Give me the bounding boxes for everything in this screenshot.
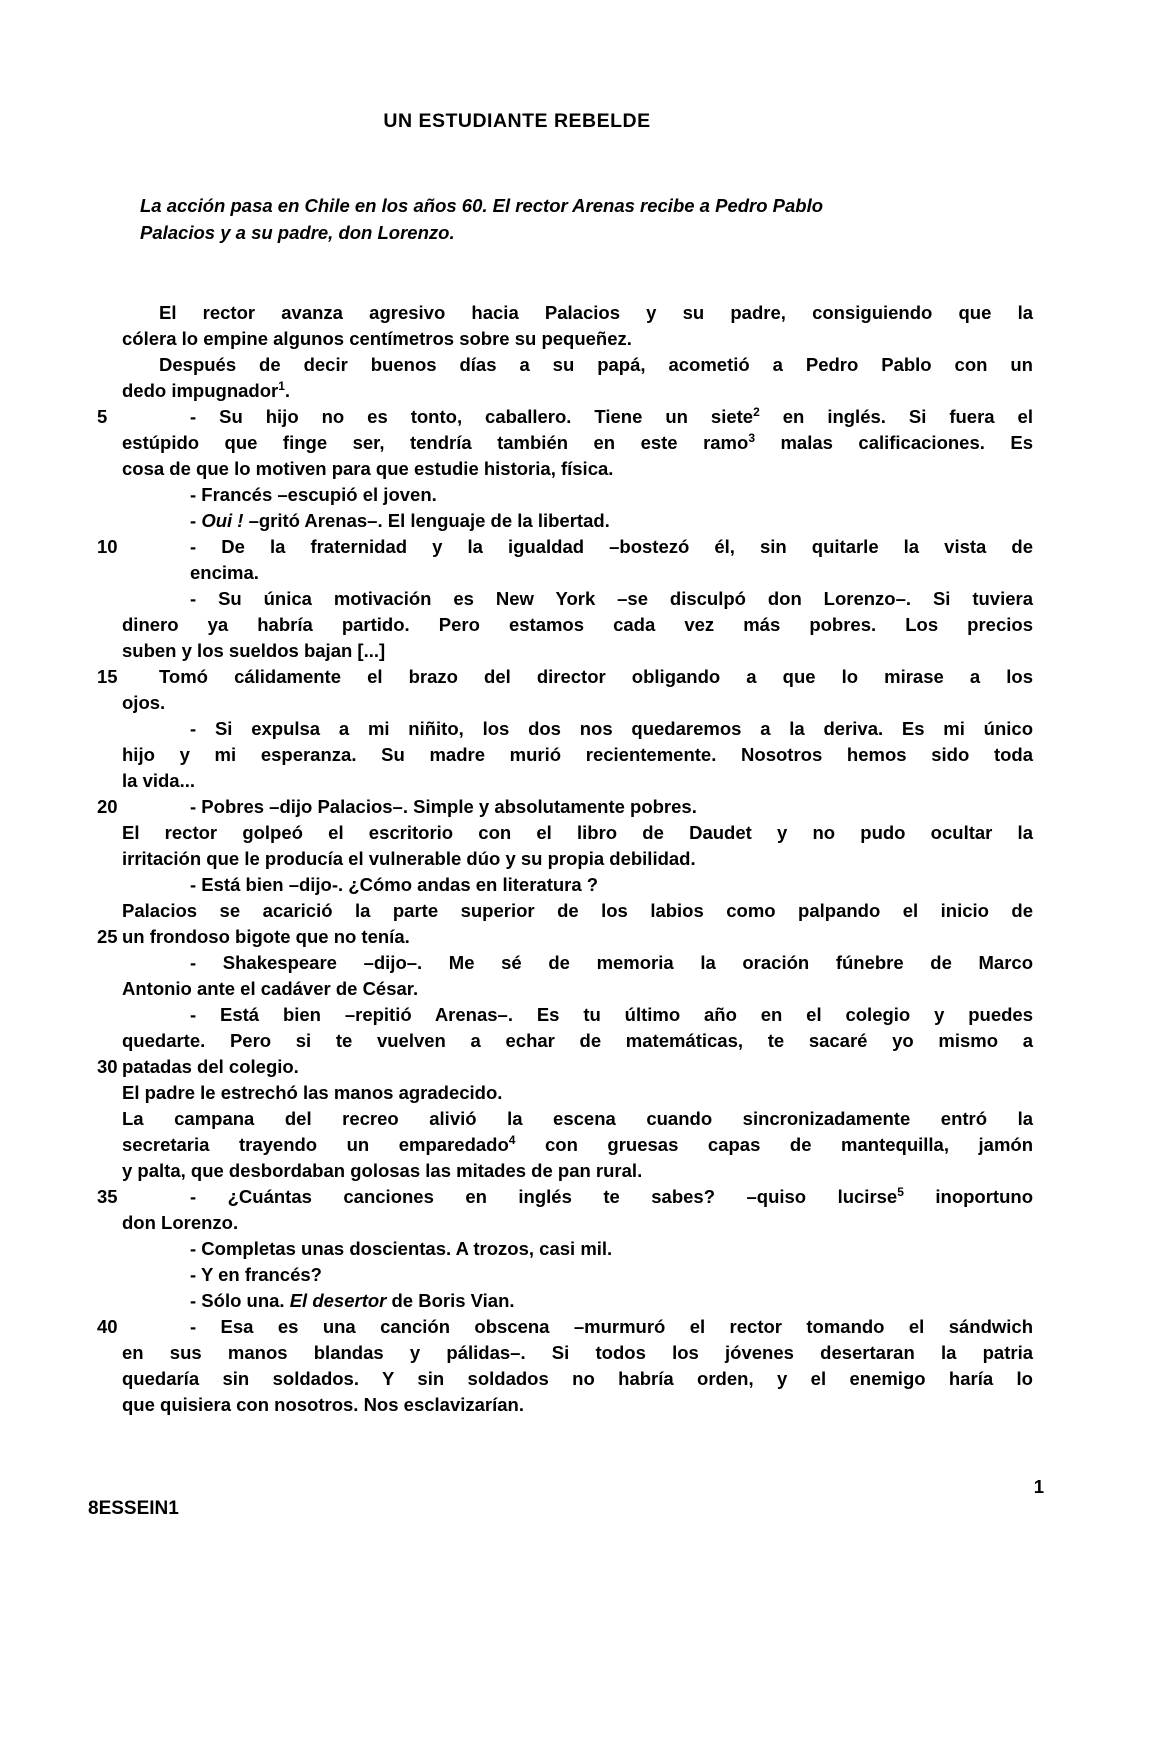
- text-line: en sus manos blandas y pálidas–. Si todo…: [97, 1340, 1033, 1366]
- text-segment: un frondoso bigote que no tenía.: [122, 926, 410, 947]
- footnote-reference: 2: [753, 405, 760, 419]
- text-line: secretaria trayendo un emparedado4 con g…: [97, 1132, 1033, 1158]
- text-segment: El desertor: [290, 1290, 387, 1311]
- text-line: - Su única motivación es New York –se di…: [97, 586, 1033, 612]
- text-line: quedaría sin soldados. Y sin soldados no…: [97, 1366, 1033, 1392]
- text-segment: malas calificaciones. Es: [755, 432, 1033, 453]
- text-line: ojos.: [97, 690, 1033, 716]
- text-segment: - Francés –escupió el joven.: [190, 484, 437, 505]
- line-number: 5: [97, 404, 107, 430]
- text-line: quedarte. Pero si te vuelven a echar de …: [97, 1028, 1033, 1054]
- text-line: El padre le estrechó las manos agradecid…: [97, 1080, 1033, 1106]
- text-segment: - Pobres –dijo Palacios–. Simple y absol…: [190, 796, 697, 817]
- line-number: 30: [97, 1054, 118, 1080]
- text-line-content: - De la fraternidad y la igualdad –boste…: [122, 534, 1033, 560]
- text-segment: dinero ya habría partido. Pero estamos c…: [122, 614, 1033, 635]
- text-segment: Tomó cálidamente el brazo del director o…: [159, 666, 1033, 687]
- text-line-content: - Completas unas doscientas. A trozos, c…: [122, 1236, 1033, 1262]
- text-segment: .: [285, 380, 290, 401]
- text-line-content: que quisiera con nosotros. Nos esclaviza…: [122, 1392, 1033, 1418]
- text-line-content: - Está bien –dijo-. ¿Cómo andas en liter…: [122, 872, 1033, 898]
- text-line: cólera lo empine algunos centímetros sob…: [97, 326, 1033, 352]
- text-line-content: patadas del colegio.: [122, 1054, 1033, 1080]
- footnote-reference: 1: [278, 379, 285, 393]
- text-line: encima.: [97, 560, 1033, 586]
- text-line: - Francés –escupió el joven.: [97, 482, 1033, 508]
- text-segment: El padre le estrechó las manos agradecid…: [122, 1082, 502, 1103]
- text-segment: cólera lo empine algunos centímetros sob…: [122, 328, 632, 349]
- text-line: 30patadas del colegio.: [97, 1054, 1033, 1080]
- text-line-content: quedarte. Pero si te vuelven a echar de …: [122, 1028, 1033, 1054]
- text-segment: - De la fraternidad y la igualdad –boste…: [190, 536, 1033, 557]
- text-line-content: El rector golpeó el escritorio con el li…: [122, 820, 1033, 846]
- text-segment: patadas del colegio.: [122, 1056, 299, 1077]
- text-line-content: cosa de que lo motiven para que estudie …: [122, 456, 1033, 482]
- text-line: dinero ya habría partido. Pero estamos c…: [97, 612, 1033, 638]
- text-line: - Completas unas doscientas. A trozos, c…: [97, 1236, 1033, 1262]
- text-line: que quisiera con nosotros. Nos esclaviza…: [97, 1392, 1033, 1418]
- text-line-content: irritación que le producía el vulnerable…: [122, 846, 1033, 872]
- text-line: don Lorenzo.: [97, 1210, 1033, 1236]
- text-line: La campana del recreo alivió la escena c…: [97, 1106, 1033, 1132]
- text-line: 20- Pobres –dijo Palacios–. Simple y abs…: [97, 794, 1033, 820]
- text-segment: - ¿Cuántas canciones en inglés te sabes?…: [190, 1186, 897, 1207]
- text-line: - Está bien –dijo-. ¿Cómo andas en liter…: [97, 872, 1033, 898]
- footer-document-code: 8ESSEIN1: [88, 1498, 179, 1520]
- text-line: - Si expulsa a mi niñito, los dos nos qu…: [97, 716, 1033, 742]
- page-number: 1: [1004, 1476, 1044, 1498]
- text-line-content: en sus manos blandas y pálidas–. Si todo…: [122, 1340, 1033, 1366]
- text-line: estúpido que finge ser, tendría también …: [97, 430, 1033, 456]
- text-line-content: la vida...: [122, 768, 1033, 794]
- text-segment: - Está bien –repitió Arenas–. Es tu últi…: [190, 1004, 1033, 1025]
- footnote-reference: 5: [897, 1185, 904, 1199]
- text-line-content: - Shakespeare –dijo–. Me sé de memoria l…: [122, 950, 1033, 976]
- line-number: 25: [97, 924, 118, 950]
- text-line-content: - ¿Cuántas canciones en inglés te sabes?…: [122, 1184, 1033, 1212]
- text-segment: en sus manos blandas y pálidas–. Si todo…: [122, 1342, 1033, 1363]
- body-text: El rector avanza agresivo hacia Palacios…: [97, 300, 1033, 1418]
- text-segment: Oui !: [201, 510, 243, 531]
- text-line-content: don Lorenzo.: [122, 1210, 1033, 1236]
- text-line-content: La campana del recreo alivió la escena c…: [122, 1106, 1033, 1132]
- text-line-content: encima.: [122, 560, 1033, 586]
- text-segment: - Sólo una.: [190, 1290, 290, 1311]
- line-number: 10: [97, 534, 118, 560]
- text-line: hijo y mi esperanza. Su madre murió reci…: [97, 742, 1033, 768]
- text-segment: - Esa es una canción obscena –murmuró el…: [190, 1316, 1033, 1337]
- text-line-content: - Su hijo no es tonto, caballero. Tiene …: [122, 404, 1033, 432]
- text-segment: –gritó Arenas–. El lenguaje de la libert…: [243, 510, 609, 531]
- text-line-content: - Si expulsa a mi niñito, los dos nos qu…: [122, 716, 1033, 742]
- text-line: 10- De la fraternidad y la igualdad –bos…: [97, 534, 1033, 560]
- text-segment: - Shakespeare –dijo–. Me sé de memoria l…: [190, 952, 1033, 973]
- text-line: 25un frondoso bigote que no tenía.: [97, 924, 1033, 950]
- text-segment: secretaria trayendo un emparedado: [122, 1134, 509, 1155]
- text-line-content: dinero ya habría partido. Pero estamos c…: [122, 612, 1033, 638]
- text-line: 40- Esa es una canción obscena –murmuró …: [97, 1314, 1033, 1340]
- text-line-content: cólera lo empine algunos centímetros sob…: [122, 326, 1033, 352]
- text-segment: hijo y mi esperanza. Su madre murió reci…: [122, 744, 1033, 765]
- text-line: - Y en francés?: [97, 1262, 1033, 1288]
- text-line-content: Después de decir buenos días a su papá, …: [122, 352, 1033, 378]
- text-line-content: suben y los sueldos bajan [...]: [122, 638, 1033, 664]
- text-line: cosa de que lo motiven para que estudie …: [97, 456, 1033, 482]
- text-segment: quedaría sin soldados. Y sin soldados no…: [122, 1368, 1033, 1389]
- text-line: - Oui ! –gritó Arenas–. El lenguaje de l…: [97, 508, 1033, 534]
- text-segment: inoportuno: [904, 1186, 1033, 1207]
- text-segment: dedo impugnador: [122, 380, 278, 401]
- text-segment: - Su hijo no es tonto, caballero. Tiene …: [190, 406, 753, 427]
- text-segment: ojos.: [122, 692, 165, 713]
- text-line-content: Tomó cálidamente el brazo del director o…: [122, 664, 1033, 690]
- text-segment: El rector avanza agresivo hacia Palacios…: [159, 302, 1033, 323]
- footnote-reference: 3: [748, 431, 755, 445]
- text-line-content: El rector avanza agresivo hacia Palacios…: [122, 300, 1033, 326]
- text-line-content: El padre le estrechó las manos agradecid…: [122, 1080, 1033, 1106]
- document-page: UN ESTUDIANTE REBELDE La acción pasa en …: [0, 0, 1149, 1757]
- text-line-content: Palacios se acarició la parte superior d…: [122, 898, 1033, 924]
- text-segment: - Está bien –dijo-. ¿Cómo andas en liter…: [190, 874, 598, 895]
- text-segment: - Su única motivación es New York –se di…: [190, 588, 1033, 609]
- footnote-reference: 4: [509, 1133, 516, 1147]
- text-line-content: - Francés –escupió el joven.: [122, 482, 1033, 508]
- text-line-content: hijo y mi esperanza. Su madre murió reci…: [122, 742, 1033, 768]
- text-segment: La campana del recreo alivió la escena c…: [122, 1108, 1033, 1129]
- text-line: Después de decir buenos días a su papá, …: [97, 352, 1033, 378]
- text-line-content: dedo impugnador1.: [122, 378, 1033, 406]
- text-line-content: un frondoso bigote que no tenía.: [122, 924, 1033, 950]
- text-segment: -: [190, 510, 201, 531]
- text-line: El rector golpeó el escritorio con el li…: [97, 820, 1033, 846]
- text-line-content: quedaría sin soldados. Y sin soldados no…: [122, 1366, 1033, 1392]
- text-segment: cosa de que lo motiven para que estudie …: [122, 458, 613, 479]
- line-number: 20: [97, 794, 118, 820]
- page-title: UN ESTUDIANTE REBELDE: [122, 110, 912, 133]
- text-segment: encima.: [190, 562, 259, 583]
- line-number: 15: [97, 664, 118, 690]
- intro-note: La acción pasa en Chile en los años 60. …: [140, 192, 960, 246]
- text-line: dedo impugnador1.: [97, 378, 1033, 404]
- text-line: Palacios se acarició la parte superior d…: [97, 898, 1033, 924]
- text-segment: Después de decir buenos días a su papá, …: [159, 354, 1033, 375]
- text-segment: con gruesas capas de mantequilla, jamón: [515, 1134, 1033, 1155]
- text-line: - Está bien –repitió Arenas–. Es tu últi…: [97, 1002, 1033, 1028]
- text-line: la vida...: [97, 768, 1033, 794]
- text-segment: - Completas unas doscientas. A trozos, c…: [190, 1238, 612, 1259]
- text-line-content: - Sólo una. El desertor de Boris Vian.: [122, 1288, 1033, 1314]
- text-segment: irritación que le producía el vulnerable…: [122, 848, 696, 869]
- text-line: y palta, que desbordaban golosas las mit…: [97, 1158, 1033, 1184]
- text-line-content: Antonio ante el cadáver de César.: [122, 976, 1033, 1002]
- line-number: 35: [97, 1184, 118, 1210]
- text-line: irritación que le producía el vulnerable…: [97, 846, 1033, 872]
- text-segment: Antonio ante el cadáver de César.: [122, 978, 418, 999]
- text-segment: que quisiera con nosotros. Nos esclaviza…: [122, 1394, 524, 1415]
- text-line: - Sólo una. El desertor de Boris Vian.: [97, 1288, 1033, 1314]
- text-line-content: - Esa es una canción obscena –murmuró el…: [122, 1314, 1033, 1340]
- text-line: 15Tomó cálidamente el brazo del director…: [97, 664, 1033, 690]
- text-line-content: - Pobres –dijo Palacios–. Simple y absol…: [122, 794, 1033, 820]
- intro-line: La acción pasa en Chile en los años 60. …: [140, 192, 960, 219]
- text-segment: en inglés. Si fuera el: [760, 406, 1033, 427]
- intro-line: Palacios y a su padre, don Lorenzo.: [140, 219, 960, 246]
- text-segment: don Lorenzo.: [122, 1212, 238, 1233]
- text-line-content: y palta, que desbordaban golosas las mit…: [122, 1158, 1033, 1184]
- text-line: - Shakespeare –dijo–. Me sé de memoria l…: [97, 950, 1033, 976]
- text-segment: la vida...: [122, 770, 195, 791]
- text-line-content: ojos.: [122, 690, 1033, 716]
- text-line-content: - Oui ! –gritó Arenas–. El lenguaje de l…: [122, 508, 1033, 534]
- text-segment: El rector golpeó el escritorio con el li…: [122, 822, 1033, 843]
- text-segment: - Si expulsa a mi niñito, los dos nos qu…: [190, 718, 1033, 739]
- text-line-content: secretaria trayendo un emparedado4 con g…: [122, 1132, 1033, 1160]
- text-segment: quedarte. Pero si te vuelven a echar de …: [122, 1030, 1033, 1051]
- text-line: Antonio ante el cadáver de César.: [97, 976, 1033, 1002]
- text-line-content: - Su única motivación es New York –se di…: [122, 586, 1033, 612]
- text-segment: estúpido que finge ser, tendría también …: [122, 432, 748, 453]
- text-line: 35- ¿Cuántas canciones en inglés te sabe…: [97, 1184, 1033, 1210]
- text-line-content: - Está bien –repitió Arenas–. Es tu últi…: [122, 1002, 1033, 1028]
- text-line: 5- Su hijo no es tonto, caballero. Tiene…: [97, 404, 1033, 430]
- text-segment: de Boris Vian.: [386, 1290, 514, 1311]
- text-segment: y palta, que desbordaban golosas las mit…: [122, 1160, 642, 1181]
- text-segment: - Y en francés?: [190, 1264, 322, 1285]
- text-segment: suben y los sueldos bajan [...]: [122, 640, 385, 661]
- text-segment: Palacios se acarició la parte superior d…: [122, 900, 1033, 921]
- line-number: 40: [97, 1314, 118, 1340]
- text-line-content: estúpido que finge ser, tendría también …: [122, 430, 1033, 458]
- text-line: suben y los sueldos bajan [...]: [97, 638, 1033, 664]
- text-line: El rector avanza agresivo hacia Palacios…: [97, 300, 1033, 326]
- text-line-content: - Y en francés?: [122, 1262, 1033, 1288]
